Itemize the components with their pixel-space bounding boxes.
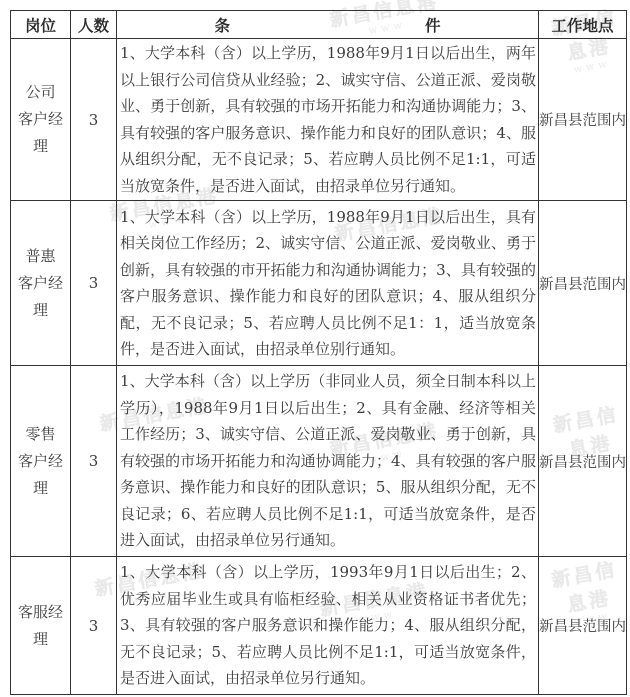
positions-table: 岗位 人数 条 件 工作地点 公司 客户经理 3 1、大学本科（含）以上学历，1… bbox=[10, 10, 627, 695]
count-cell: 3 bbox=[71, 39, 117, 201]
header-conditions: 条 件 bbox=[117, 11, 539, 39]
table-row: 零售 客户经理 3 1、大学本科（含）以上学历（非同业人员，须全日制本科以上学历… bbox=[11, 366, 627, 557]
count-cell: 3 bbox=[71, 366, 117, 557]
location-cell: 新昌县范围内 bbox=[539, 557, 627, 695]
header-location: 工作地点 bbox=[539, 11, 627, 39]
table-row: 公司 客户经理 3 1、大学本科（含）以上学历，1988年9月1日以后出生，两年… bbox=[11, 39, 627, 201]
header-row: 岗位 人数 条 件 工作地点 bbox=[11, 11, 627, 39]
position-cell: 公司 客户经理 bbox=[11, 39, 71, 201]
header-position: 岗位 bbox=[11, 11, 71, 39]
position-cell: 零售 客户经理 bbox=[11, 366, 71, 557]
position-cell: 普惠 客户经理 bbox=[11, 201, 71, 366]
location-cell: 新昌县范围内 bbox=[539, 201, 627, 366]
recruitment-table-page: 新昌信息港www新昌信息港www新昌信息港www新昌信息港www新昌信息港www… bbox=[0, 0, 630, 697]
location-cell: 新昌县范围内 bbox=[539, 39, 627, 201]
header-conditions-parts: 条 件 bbox=[117, 14, 538, 36]
position-cell: 客服经理 bbox=[11, 557, 71, 695]
header-count: 人数 bbox=[71, 11, 117, 39]
conditions-cell: 1、大学本科（含）以上学历（非同业人员，须全日制本科以上学历），1988年9月1… bbox=[117, 366, 539, 557]
conditions-cell: 1、大学本科（含）以上学历，1988年9月1日以后出生，两年以上银行公司信贷从业… bbox=[117, 39, 539, 201]
table-row: 普惠 客户经理 3 1、大学本科（含）以上学历，1988年9月1日以后出生，具有… bbox=[11, 201, 627, 366]
count-cell: 3 bbox=[71, 557, 117, 695]
location-cell: 新昌县范围内 bbox=[539, 366, 627, 557]
table-row: 客服经理 3 1、大学本科（含）以上学历，1993年9月1日以后出生；2、优秀应… bbox=[11, 557, 627, 695]
conditions-cell: 1、大学本科（含）以上学历，1988年9月1日以后出生，具有相关岗位工作经历；2… bbox=[117, 201, 539, 366]
conditions-cell: 1、大学本科（含）以上学历，1993年9月1日以后出生；2、优秀应届毕业生或具有… bbox=[117, 557, 539, 695]
count-cell: 3 bbox=[71, 201, 117, 366]
header-conditions-part2: 件 bbox=[425, 14, 441, 36]
header-conditions-part1: 条 bbox=[214, 14, 230, 36]
